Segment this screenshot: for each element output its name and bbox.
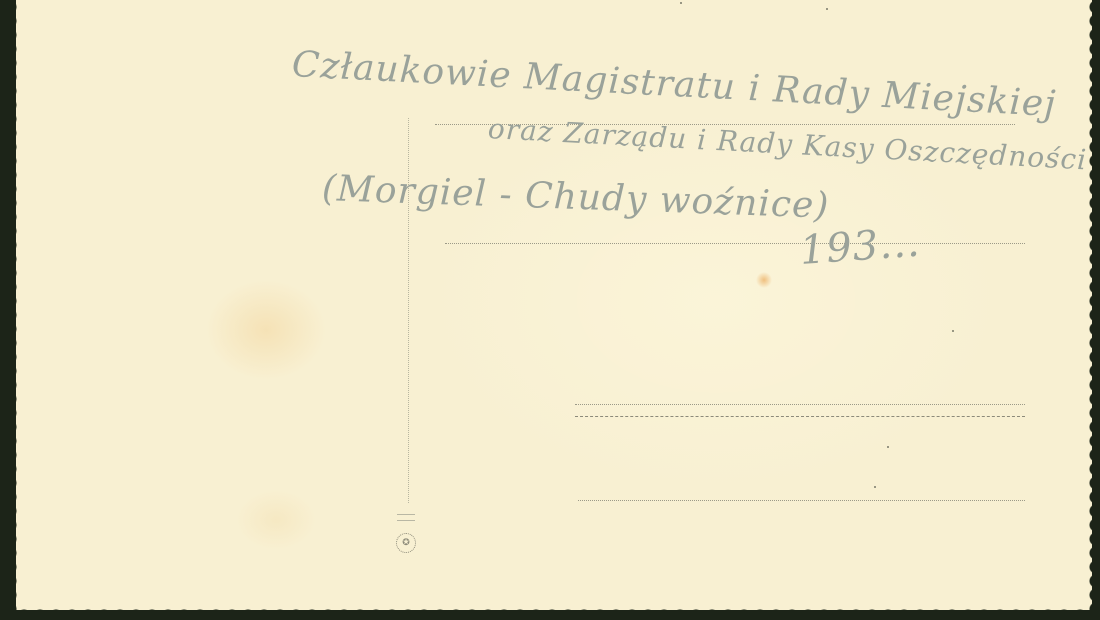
paper-speck bbox=[826, 8, 828, 10]
deckled-edge-left bbox=[10, 0, 22, 620]
paper-speck bbox=[874, 486, 876, 488]
address-line-3 bbox=[575, 404, 1025, 405]
paper-speck bbox=[887, 446, 889, 448]
deckled-edge-bottom bbox=[0, 604, 1100, 616]
publisher-logo: ✪ bbox=[396, 514, 416, 574]
logo-bars bbox=[397, 514, 415, 521]
address-line-4 bbox=[575, 416, 1025, 417]
handwritten-date: 193... bbox=[798, 220, 921, 274]
deckled-edge-right bbox=[1084, 0, 1096, 620]
address-line-5 bbox=[578, 500, 1025, 501]
logo-circle-icon: ✪ bbox=[396, 533, 416, 553]
paper-speck bbox=[952, 330, 954, 332]
address-line-2 bbox=[445, 243, 1025, 244]
paper-speck bbox=[680, 2, 682, 4]
